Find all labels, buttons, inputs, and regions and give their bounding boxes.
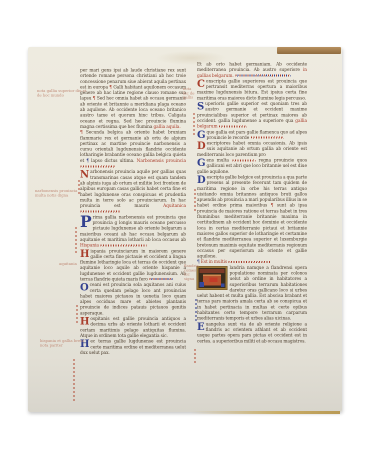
margin-note-6: flandria comes hic signa — [184, 264, 199, 281]
pen-flourish — [193, 113, 195, 135]
drop-cap-initial: S — [197, 102, 205, 112]
body-text: sunt ab ipsa prouincia de maiores ration… — [197, 203, 307, 259]
margin-note-1: nota gallia superior diu et de hoc mundo — [37, 89, 87, 98]
rubric-text: gallia aquila. — [153, 124, 180, 129]
drop-cap-initial: G — [197, 130, 206, 140]
pen-flourish — [75, 227, 77, 253]
line-filler-ornament — [149, 278, 172, 280]
drop-cap-initial: C — [197, 79, 206, 89]
drop-cap-initial: D — [197, 175, 207, 185]
rubric-text: Narbonensis prouincia — [137, 158, 186, 163]
line-filler-ornament — [219, 125, 247, 127]
drop-cap-initial: D — [197, 141, 207, 151]
line-filler-ornament — [229, 261, 272, 263]
line-filler-ornament — [235, 75, 290, 77]
drop-cap-initial: N — [80, 170, 90, 180]
margin-note-5: nota hic de gallis — [183, 87, 197, 100]
left-p5: Hispania prouinciarum in maiorem genere … — [80, 249, 186, 283]
left-p8: Hec terras gallie lugdunense est prouinc… — [80, 339, 186, 356]
left-p3: Narbonensis prouincia aquile per gallias… — [80, 170, 186, 215]
right-p8: landria namque a flandrensi opera popula… — [197, 265, 307, 321]
right-p3: Superioris gallie superior est quoniam t… — [197, 102, 307, 130]
drop-cap-initial: E — [197, 322, 206, 332]
left-p2: ¶ Secunda belgica ab oriente habet bruni… — [80, 130, 186, 170]
right-p5: Descriptores habet omnia occasionis. Ab … — [197, 141, 307, 158]
text-column-right: Et ab orto habet germaniam. Ab occidente… — [197, 62, 307, 344]
drop-cap-initial: H — [80, 317, 90, 327]
drop-cap-initial: O — [80, 283, 90, 293]
body-text: onscripta gallie superiores est prouinci… — [197, 79, 307, 101]
body-text: uperioris gallie superior est quoniam tr… — [197, 102, 307, 124]
leaf-bottom-gilt-edge — [190, 411, 340, 414]
body-text: rima gallia narbonensis est prouincia qu… — [80, 215, 186, 243]
line-filler-ornament — [81, 165, 116, 167]
line-filler-ornament — [232, 159, 255, 161]
tape-repair-strip — [277, 47, 341, 54]
right-p1: Et ab orto habet germaniam. Ab occidente… — [197, 62, 307, 79]
left-p6: Oceani est prouincia sola aquitanos ani … — [80, 283, 186, 317]
body-text: lapso dictus ultima. — [91, 158, 136, 163]
body-text: ospitanis est gallie prouincia antiquos … — [80, 317, 186, 339]
pen-flourish — [194, 189, 196, 213]
left-p4: Prima gallia narbonensis est prouincia q… — [80, 215, 186, 249]
right-p9: Euangelus sunt via de ab oriente religio… — [197, 322, 307, 345]
margin-note-3: aquitania — [59, 262, 89, 266]
pen-flourish — [73, 359, 75, 403]
pen-flourish — [76, 305, 78, 323]
right-p7: Descripta gallie belgice est prouincia a… — [197, 175, 307, 260]
drop-cap-initial: G — [197, 158, 206, 168]
drop-cap-initial: P — [80, 215, 93, 230]
body-text: ens multa — [206, 158, 231, 163]
miniature-blue-accent — [221, 283, 225, 287]
pen-flourish-blue — [195, 299, 197, 321]
body-text: uangelus sunt via de ab oriente religion… — [197, 322, 307, 344]
left-p7: Hospitanis est gallie prouincia antiquos… — [80, 317, 186, 340]
line-filler-ornament — [251, 137, 284, 139]
pen-flourish — [194, 349, 196, 365]
illuminated-initial-miniature — [197, 266, 227, 289]
left-p1: per mari gens ipsi ab laude christiane r… — [80, 68, 186, 130]
rubric-text: Hispania — [80, 243, 100, 248]
body-text: ceani est prouincia sola aquitanos ani c… — [80, 283, 186, 316]
right-p6: Gens multa regna prouincie quos gallican… — [197, 158, 307, 175]
pen-flourish — [78, 180, 80, 194]
rubric-text: Est in multis — [201, 260, 228, 265]
manuscript-leaf: per mari gens ipsi ab laude christiane r… — [28, 47, 342, 412]
miniature-blue-accent — [200, 282, 205, 287]
text-column-left: per mari gens ipsi ab laude christiane r… — [80, 68, 186, 356]
line-filler-ornament — [81, 210, 120, 212]
rubric-text: Aquitanica — [163, 204, 186, 209]
miniature-roof-band — [200, 269, 225, 273]
right-p4: Gque gallia est pars gallie flamenca quo… — [197, 130, 307, 141]
body-text: ec terras gallie lugdunense est prouinci… — [80, 339, 186, 355]
miniature-red-tab — [210, 277, 218, 282]
body-text: Et ab orto habet germaniam. Ab occidente… — [197, 62, 307, 73]
body-text: que gallia est pars gallie flamenca quo … — [206, 130, 307, 141]
line-filler-ornament — [101, 244, 147, 246]
body-text: ispania prouinciarum in maiorem genere g… — [80, 249, 186, 282]
drop-cap-initial: H — [80, 249, 90, 259]
photo-background: per mari gens ipsi ab laude christiane r… — [0, 0, 370, 463]
right-p2: Conscripta gallie superiores est prouinc… — [197, 79, 307, 102]
body-text: escriptores habet omnia occasionis. Ab i… — [197, 141, 307, 157]
margin-note-4: hispania et gallia breui nota pariter — [40, 339, 90, 348]
